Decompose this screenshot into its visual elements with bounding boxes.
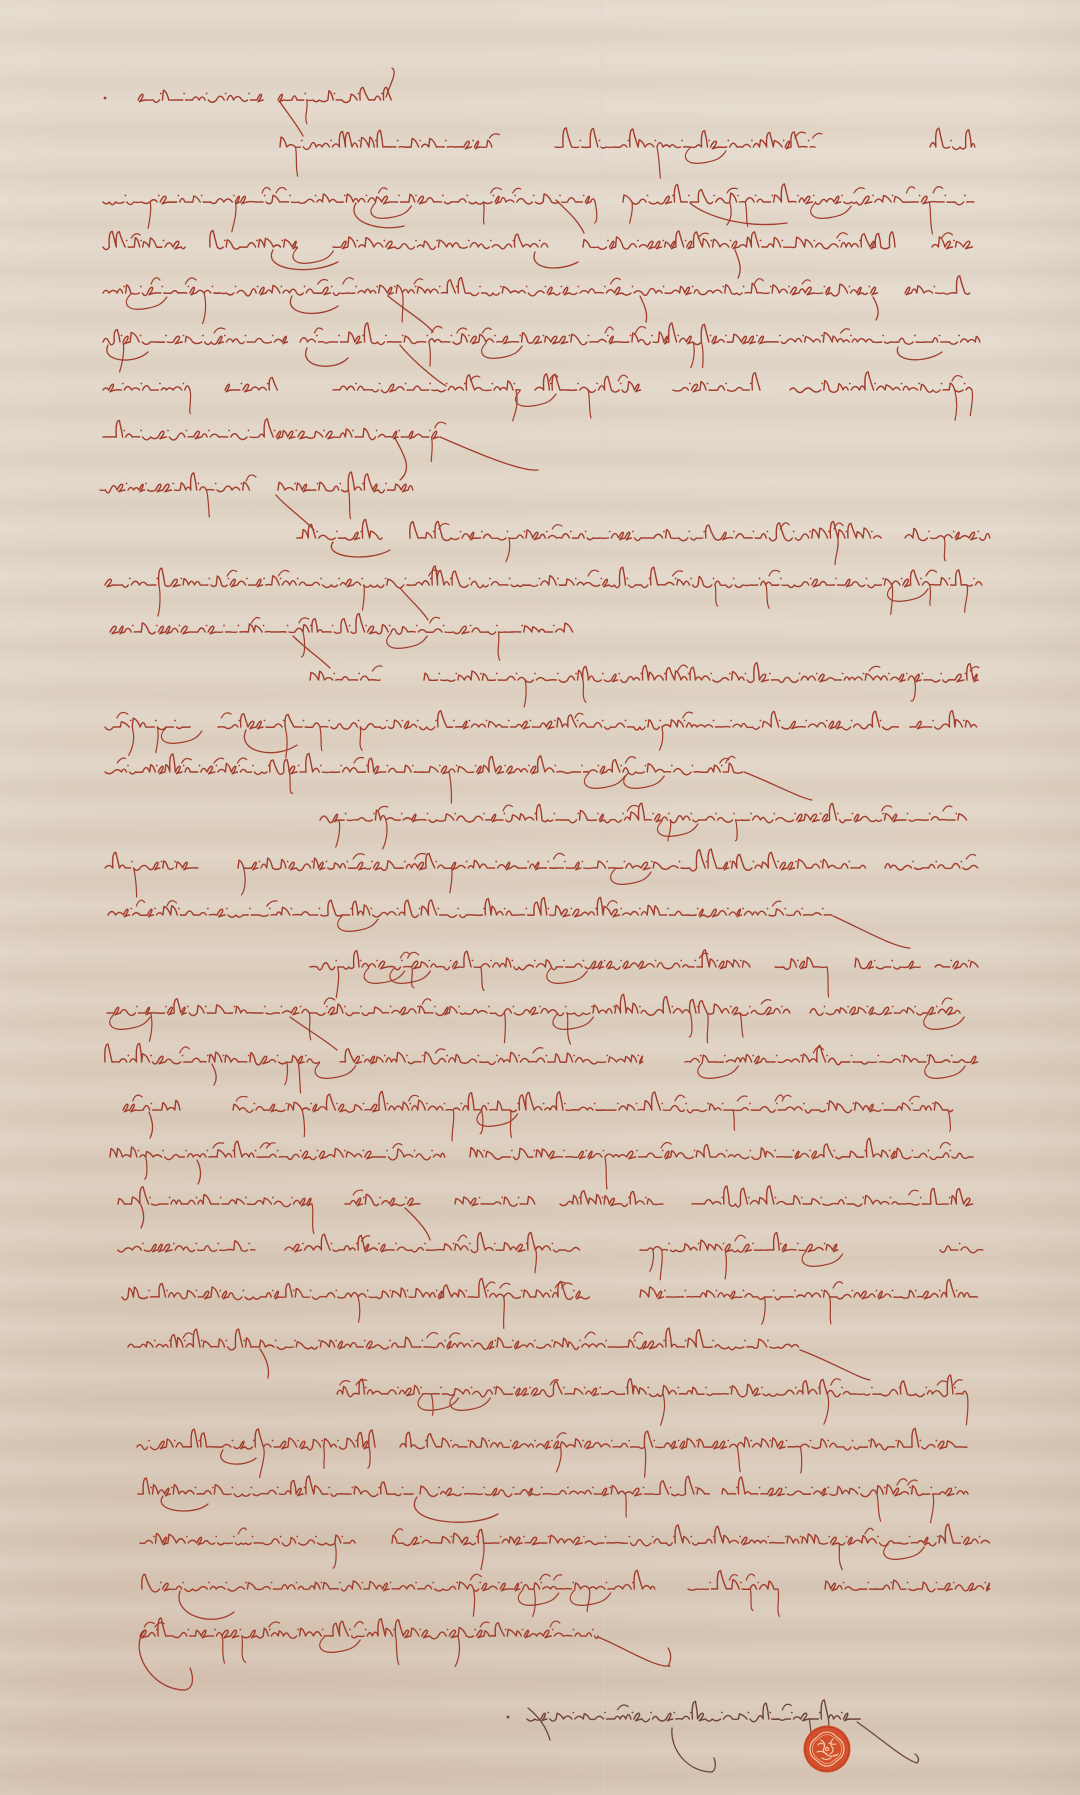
descender-stroke xyxy=(802,280,810,284)
tsheg-mark xyxy=(286,1103,288,1105)
descender-stroke xyxy=(630,202,633,223)
tsheg-mark xyxy=(125,195,127,197)
tsheg-mark xyxy=(389,1340,391,1342)
descender-stroke xyxy=(839,1543,842,1570)
tsheg-mark xyxy=(677,1387,679,1389)
tsheg-mark xyxy=(526,286,528,288)
tsheg-mark xyxy=(338,335,340,337)
tsheg-mark xyxy=(820,813,822,815)
descender-stroke xyxy=(232,202,236,232)
descender-stroke xyxy=(727,202,731,225)
descender-stroke xyxy=(557,1447,562,1472)
descender-stroke xyxy=(214,328,225,333)
tsheg-mark xyxy=(344,1006,346,1008)
tsheg-mark xyxy=(717,960,719,962)
tsheg-mark xyxy=(828,531,830,533)
tsheg-mark xyxy=(661,1103,663,1105)
tsheg-mark xyxy=(645,1197,647,1199)
tsheg-mark xyxy=(417,720,419,722)
descender-stroke xyxy=(698,1063,738,1078)
tsheg-mark xyxy=(281,1006,283,1008)
tsheg-mark xyxy=(264,1006,266,1008)
descender-stroke xyxy=(262,187,270,193)
leading-dot-mark xyxy=(507,1716,510,1719)
tsheg-mark xyxy=(188,286,190,288)
tsheg-mark xyxy=(899,1387,901,1389)
descender-stroke xyxy=(306,100,307,124)
tsheg-mark xyxy=(652,1536,654,1538)
tsheg-mark xyxy=(609,531,611,533)
tsheg-mark xyxy=(205,1006,207,1008)
tsheg-mark xyxy=(936,1440,938,1442)
tsheg-mark xyxy=(426,335,428,337)
tsheg-mark xyxy=(950,140,952,142)
tsheg-mark xyxy=(283,720,285,722)
flourish-stroke xyxy=(800,1350,870,1380)
tsheg-mark xyxy=(561,286,563,288)
tsheg-mark xyxy=(607,1055,609,1057)
tsheg-mark xyxy=(450,960,452,962)
tsheg-mark xyxy=(366,765,368,767)
tsheg-mark xyxy=(928,531,930,533)
tsheg-mark xyxy=(585,531,587,533)
tsheg-mark xyxy=(710,240,712,242)
descender-stroke xyxy=(473,1589,474,1616)
tsheg-mark xyxy=(582,1440,584,1442)
descender-stroke xyxy=(761,1000,770,1004)
tsheg-mark xyxy=(208,578,210,580)
descender-stroke xyxy=(236,1096,247,1101)
tsheg-mark xyxy=(361,578,363,580)
tsheg-mark xyxy=(224,335,226,337)
handwritten-word-group xyxy=(137,1429,375,1450)
tsheg-mark xyxy=(726,1150,728,1152)
tsheg-mark xyxy=(401,813,403,815)
flourish-stroke xyxy=(276,495,314,530)
flourish-stroke xyxy=(197,1160,201,1184)
tsheg-mark xyxy=(694,1150,696,1152)
tsheg-mark xyxy=(129,578,131,580)
handwritten-word-group xyxy=(138,1476,413,1497)
tsheg-mark xyxy=(248,93,250,95)
tsheg-mark xyxy=(150,1055,152,1057)
tsheg-mark xyxy=(207,1055,209,1057)
tsheg-mark xyxy=(577,383,579,385)
descender-stroke xyxy=(668,820,671,841)
tsheg-mark xyxy=(259,861,261,863)
handwritten-word-group xyxy=(238,849,865,871)
descender-stroke xyxy=(430,617,440,623)
tsheg-mark xyxy=(662,240,664,242)
tsheg-mark xyxy=(891,960,893,962)
flourish-stroke xyxy=(293,636,330,668)
tsheg-mark xyxy=(697,908,699,910)
descender-stroke xyxy=(242,868,246,895)
tsheg-mark xyxy=(569,335,571,337)
tsheg-mark xyxy=(647,1387,649,1389)
tsheg-mark xyxy=(575,673,577,675)
descender-stroke xyxy=(740,1013,743,1037)
descender-stroke xyxy=(908,1480,917,1485)
tsheg-mark xyxy=(280,578,282,580)
descender-stroke xyxy=(782,1704,791,1710)
tsheg-mark xyxy=(228,578,230,580)
tsheg-mark xyxy=(668,813,670,815)
tsheg-mark xyxy=(939,335,941,337)
tsheg-mark xyxy=(951,1055,953,1057)
tsheg-mark xyxy=(744,1340,746,1342)
tsheg-mark xyxy=(390,1006,392,1008)
descender-stroke xyxy=(207,490,210,517)
descender-stroke xyxy=(837,233,847,238)
tsheg-mark xyxy=(599,140,601,142)
tsheg-mark xyxy=(386,1150,388,1152)
descender-stroke xyxy=(371,203,411,218)
descender-stroke xyxy=(735,1235,745,1241)
tsheg-mark xyxy=(750,813,752,815)
tsheg-mark xyxy=(820,1197,822,1199)
tsheg-mark xyxy=(599,1387,601,1389)
tsheg-mark xyxy=(206,93,208,95)
tsheg-mark xyxy=(274,430,276,432)
tsheg-mark xyxy=(650,1712,652,1714)
tsheg-mark xyxy=(759,1487,761,1489)
tsheg-mark xyxy=(936,1582,938,1584)
tsheg-mark xyxy=(417,1006,419,1008)
tsheg-mark xyxy=(797,960,799,962)
tsheg-mark xyxy=(479,1582,481,1584)
tsheg-mark xyxy=(697,1006,699,1008)
tsheg-mark xyxy=(178,625,180,627)
tsheg-mark xyxy=(445,140,447,142)
tsheg-mark xyxy=(551,1340,553,1342)
tsheg-mark xyxy=(127,765,129,767)
tsheg-mark xyxy=(929,813,931,815)
handwritten-word-group xyxy=(310,950,750,970)
descender-stroke xyxy=(769,570,780,576)
tsheg-mark xyxy=(783,140,785,142)
tsheg-mark xyxy=(300,1150,302,1152)
tsheg-mark xyxy=(670,1487,672,1489)
tsheg-mark xyxy=(795,861,797,863)
tsheg-mark xyxy=(161,286,163,288)
tsheg-mark xyxy=(510,1440,512,1442)
tsheg-mark xyxy=(453,720,455,722)
descender-stroke xyxy=(362,1236,370,1241)
tsheg-mark xyxy=(604,960,606,962)
tsheg-mark xyxy=(320,578,322,580)
tsheg-mark xyxy=(727,140,729,142)
paragraph-first-line xyxy=(310,663,979,707)
tsheg-mark xyxy=(407,1290,409,1292)
descender-stroke xyxy=(414,279,423,284)
handwritten-word-group xyxy=(623,184,974,205)
tsheg-mark xyxy=(140,240,142,242)
tsheg-mark xyxy=(868,286,870,288)
tsheg-mark xyxy=(490,960,492,962)
flourish-stroke xyxy=(534,252,578,268)
tsheg-mark xyxy=(280,286,282,288)
tsheg-mark xyxy=(810,578,812,580)
tsheg-mark xyxy=(811,1487,813,1489)
tsheg-mark xyxy=(509,578,511,580)
tsheg-mark xyxy=(867,1006,869,1008)
tsheg-mark xyxy=(494,1340,496,1342)
descender-stroke xyxy=(625,757,635,763)
descender-stroke xyxy=(368,1447,370,1468)
descender-stroke xyxy=(480,1622,489,1627)
tsheg-mark xyxy=(592,1487,594,1489)
tsheg-mark xyxy=(513,240,515,242)
tsheg-mark xyxy=(548,908,550,910)
descender-stroke xyxy=(452,1110,454,1141)
tsheg-mark xyxy=(401,960,403,962)
tsheg-mark xyxy=(722,1197,724,1199)
tsheg-mark xyxy=(955,1487,957,1489)
descender-stroke xyxy=(830,1297,831,1324)
tsheg-mark xyxy=(694,960,696,962)
tsheg-mark xyxy=(965,673,967,675)
tsheg-mark xyxy=(500,286,502,288)
tsheg-mark xyxy=(434,1006,436,1008)
descender-stroke xyxy=(835,538,838,565)
tsheg-mark xyxy=(252,765,254,767)
flourish-stroke xyxy=(440,437,538,470)
descender-stroke xyxy=(831,1379,840,1385)
descender-stroke xyxy=(715,585,718,606)
descender-stroke xyxy=(383,820,387,849)
tsheg-mark xyxy=(932,1103,934,1105)
tsheg-mark xyxy=(759,578,761,580)
descender-stroke xyxy=(524,680,526,707)
tsheg-mark xyxy=(201,1340,203,1342)
tsheg-mark xyxy=(346,861,348,863)
tsheg-mark xyxy=(356,1243,358,1245)
tsheg-mark xyxy=(533,195,535,197)
tsheg-mark xyxy=(156,1629,158,1631)
tsheg-mark xyxy=(438,673,440,675)
descender-stroke xyxy=(678,665,688,671)
tsheg-mark xyxy=(338,578,340,580)
tsheg-mark xyxy=(602,720,604,722)
tsheg-mark xyxy=(579,1340,581,1342)
handwritten-word-group xyxy=(583,231,895,249)
descender-stroke xyxy=(396,1636,399,1665)
tsheg-mark xyxy=(628,1440,630,1442)
descender-stroke xyxy=(833,1282,842,1288)
tsheg-mark xyxy=(591,1006,593,1008)
tsheg-mark xyxy=(238,625,240,627)
text-line xyxy=(137,1429,967,1478)
tsheg-mark xyxy=(583,960,585,962)
tsheg-mark xyxy=(756,335,758,337)
descender-stroke xyxy=(431,437,432,461)
tsheg-mark xyxy=(880,720,882,722)
tsheg-mark xyxy=(749,1103,751,1105)
tsheg-mark xyxy=(607,335,609,337)
tsheg-mark xyxy=(326,861,328,863)
handwritten-word-group xyxy=(560,1191,663,1207)
tsheg-mark xyxy=(272,1440,274,1442)
descender-stroke xyxy=(203,293,206,324)
tsheg-mark xyxy=(793,531,795,533)
tsheg-mark xyxy=(483,908,485,910)
handwritten-word-group xyxy=(233,1092,953,1113)
tsheg-mark xyxy=(729,1387,731,1389)
tsheg-mark xyxy=(740,960,742,962)
descender-stroke xyxy=(324,1447,325,1468)
seal-emblem-icon xyxy=(803,1725,851,1773)
tsheg-mark xyxy=(760,240,762,242)
tsheg-mark xyxy=(451,1536,453,1538)
descender-stroke xyxy=(409,1095,419,1101)
tsheg-mark xyxy=(961,861,963,863)
tsheg-mark xyxy=(570,531,572,533)
tsheg-mark xyxy=(748,1197,750,1199)
descender-stroke xyxy=(222,1636,224,1663)
descender-stroke xyxy=(888,586,928,601)
tsheg-mark xyxy=(901,383,903,385)
tsheg-mark xyxy=(161,861,163,863)
tsheg-mark xyxy=(458,1006,460,1008)
tsheg-mark xyxy=(760,720,762,722)
tsheg-mark xyxy=(871,1387,873,1389)
tsheg-mark xyxy=(469,578,471,580)
tsheg-mark xyxy=(352,430,354,432)
tsheg-mark xyxy=(685,1340,687,1342)
tsheg-mark xyxy=(534,673,536,675)
tsheg-mark xyxy=(639,908,641,910)
tsheg-mark xyxy=(153,1536,155,1538)
descender-stroke xyxy=(754,279,763,284)
tsheg-mark xyxy=(424,1243,426,1245)
descender-stroke xyxy=(320,1637,360,1652)
tsheg-mark xyxy=(852,813,854,815)
tsheg-mark xyxy=(779,335,781,337)
tsheg-mark xyxy=(472,140,474,142)
tsheg-mark xyxy=(721,1712,723,1714)
tsheg-mark xyxy=(277,1150,279,1152)
descender-stroke xyxy=(120,342,124,372)
tsheg-mark xyxy=(688,673,690,675)
descender-stroke xyxy=(427,1333,438,1338)
tsheg-mark xyxy=(936,1006,938,1008)
tsheg-mark xyxy=(156,625,158,627)
tsheg-mark xyxy=(483,1487,485,1489)
handwritten-word-group xyxy=(935,961,978,969)
tsheg-mark xyxy=(339,483,341,485)
tsheg-mark xyxy=(494,1243,496,1245)
handwritten-word-group xyxy=(810,1007,960,1015)
flourish-stroke xyxy=(556,200,584,233)
descender-stroke xyxy=(238,1528,246,1534)
tsheg-mark xyxy=(793,1150,795,1152)
descender-stroke xyxy=(144,1622,154,1627)
descender-stroke xyxy=(966,1394,968,1425)
descender-stroke xyxy=(336,967,338,998)
descender-stroke xyxy=(954,1380,963,1385)
tsheg-mark xyxy=(713,578,715,580)
tsheg-mark xyxy=(257,286,259,288)
tsheg-mark xyxy=(513,1387,515,1389)
handwritten-word-group xyxy=(905,528,990,540)
tsheg-mark xyxy=(709,1582,711,1584)
descender-stroke xyxy=(884,1544,924,1559)
tsheg-mark xyxy=(684,1290,686,1292)
handwritten-word-group xyxy=(424,663,978,683)
tsheg-mark xyxy=(366,195,368,197)
handwritten-word-group xyxy=(932,237,973,249)
tsheg-mark xyxy=(604,1712,606,1714)
tsheg-mark xyxy=(432,1582,434,1584)
descender-stroke xyxy=(727,188,737,193)
descender-stroke xyxy=(318,279,328,284)
tsheg-mark xyxy=(882,813,884,815)
tsheg-mark xyxy=(954,1387,956,1389)
tsheg-mark xyxy=(629,1536,631,1538)
descender-stroke xyxy=(737,1447,740,1472)
tsheg-mark xyxy=(466,861,468,863)
tsheg-mark xyxy=(810,1440,812,1442)
tsheg-mark xyxy=(557,673,559,675)
tsheg-mark xyxy=(723,1243,725,1245)
handwritten-word-group xyxy=(790,372,972,393)
descender-stroke xyxy=(214,758,224,763)
tsheg-mark xyxy=(673,1712,675,1714)
tsheg-mark xyxy=(493,1387,495,1389)
tsheg-mark xyxy=(490,240,492,242)
tsheg-mark xyxy=(386,765,388,767)
tsheg-mark xyxy=(378,1487,380,1489)
descender-stroke xyxy=(486,1282,495,1288)
tsheg-mark xyxy=(149,1197,151,1199)
tsheg-mark xyxy=(736,1487,738,1489)
tsheg-mark xyxy=(158,195,160,197)
paragraph-last-line xyxy=(110,614,573,661)
tsheg-mark xyxy=(797,1243,799,1245)
text-line xyxy=(118,1186,973,1234)
handwritten-word-group xyxy=(333,234,548,249)
descender-stroke xyxy=(583,680,586,702)
descender-stroke xyxy=(841,329,850,333)
tsheg-mark xyxy=(769,673,771,675)
tsheg-mark xyxy=(264,195,266,197)
tsheg-mark xyxy=(215,483,217,485)
tsheg-mark xyxy=(795,1387,797,1389)
tsheg-mark xyxy=(444,1340,446,1342)
descender-stroke xyxy=(470,376,479,381)
handwritten-word-group xyxy=(103,278,877,296)
descender-stroke xyxy=(737,1096,747,1101)
descender-stroke xyxy=(795,132,805,138)
tsheg-mark xyxy=(321,1440,323,1442)
flourish-stroke xyxy=(405,1208,430,1240)
descender-stroke xyxy=(182,759,192,763)
tsheg-mark xyxy=(505,1629,507,1631)
text-line xyxy=(122,1278,977,1328)
tsheg-mark xyxy=(310,1103,312,1105)
tsheg-mark xyxy=(773,813,775,815)
descender-stroke xyxy=(827,967,829,997)
tsheg-mark xyxy=(664,673,666,675)
descender-stroke xyxy=(552,525,562,529)
tsheg-mark xyxy=(770,286,772,288)
tsheg-mark xyxy=(767,1340,769,1342)
tsheg-mark xyxy=(349,1629,351,1631)
tsheg-mark xyxy=(507,531,509,533)
tsheg-mark xyxy=(373,813,375,815)
tsheg-mark xyxy=(121,335,123,337)
